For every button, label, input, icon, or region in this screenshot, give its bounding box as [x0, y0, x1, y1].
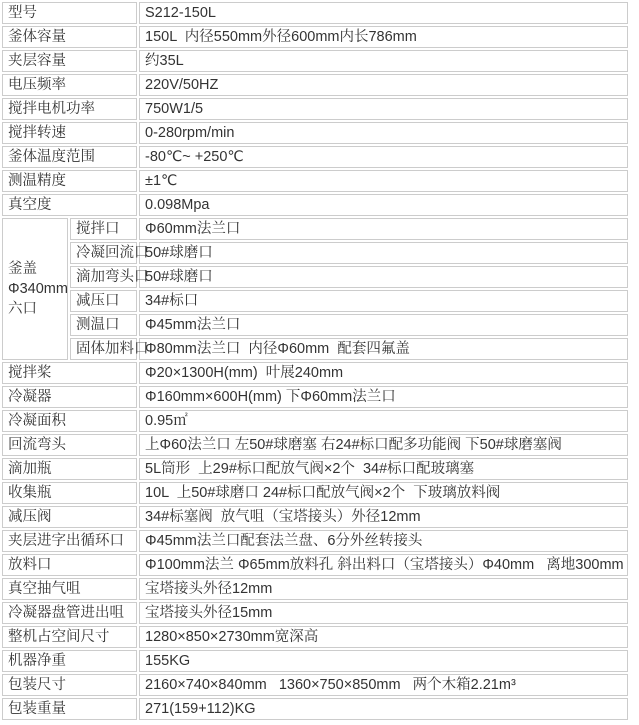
spec-value: 上Φ60法兰口 左50#球磨塞 右24#标口配多功能阀 下50#球磨塞阀: [139, 434, 628, 456]
spec-table-body: 型号S212-150L釜体容量150L 内径550mm外径600mm内长786m…: [2, 2, 628, 720]
spec-value: 34#标口: [139, 290, 628, 312]
spec-row: 冷凝面积0.95㎡: [2, 410, 628, 432]
spec-label: 包装尺寸: [2, 674, 137, 696]
spec-value: Φ100mm法兰 Φ65mm放料孔 斜出料口（宝塔接头）Φ40mm 离地300m…: [139, 554, 628, 576]
spec-row: 测温精度±1℃: [2, 170, 628, 192]
spec-label: 回流弯头: [2, 434, 137, 456]
spec-label: 型号: [2, 2, 137, 24]
spec-row: 真空度0.098Mpa: [2, 194, 628, 216]
spec-row: 冷凝器盘管进出咀宝塔接头外径15mm: [2, 602, 628, 624]
spec-sublabel: 滴加弯头口: [70, 266, 137, 288]
spec-row: 包装重量271(159+112)KG: [2, 698, 628, 720]
spec-row: 减压阀34#标塞阀 放气咀（宝塔接头）外径12mm: [2, 506, 628, 528]
spec-value: 2160×740×840mm 1360×750×850mm 两个木箱2.21m³: [139, 674, 628, 696]
spec-row: 包装尺寸2160×740×840mm 1360×750×850mm 两个木箱2.…: [2, 674, 628, 696]
spec-sublabel: 搅拌口: [70, 218, 137, 240]
spec-label: 搅拌转速: [2, 122, 137, 144]
spec-value: 220V/50HZ: [139, 74, 628, 96]
spec-row: 型号S212-150L: [2, 2, 628, 24]
spec-row: 固体加料口Φ80mm法兰口 内径Φ60mm 配套四氟盖: [2, 338, 628, 360]
spec-row: 放料口Φ100mm法兰 Φ65mm放料孔 斜出料口（宝塔接头）Φ40mm 离地3…: [2, 554, 628, 576]
spec-value: 750W1/5: [139, 98, 628, 120]
spec-value: 50#球磨口: [139, 242, 628, 264]
spec-value: Φ60mm法兰口: [139, 218, 628, 240]
spec-label: 搅拌电机功率: [2, 98, 137, 120]
spec-label: 收集瓶: [2, 482, 137, 504]
spec-group-label-line: Φ340mm: [8, 279, 62, 299]
spec-label: 冷凝面积: [2, 410, 137, 432]
spec-sublabel: 减压口: [70, 290, 137, 312]
spec-row: 机器净重155KG: [2, 650, 628, 672]
page: { "theme": { "border_color": "#cccccc", …: [0, 0, 639, 725]
spec-value: 34#标塞阀 放气咀（宝塔接头）外径12mm: [139, 506, 628, 528]
spec-label: 夹层容量: [2, 50, 137, 72]
spec-group-label-line: 六口: [8, 299, 62, 319]
spec-row: 收集瓶10L 上50#球磨口 24#标口配放气阀×2个 下玻璃放料阀: [2, 482, 628, 504]
spec-row: 电压频率220V/50HZ: [2, 74, 628, 96]
spec-row: 搅拌桨Φ20×1300H(mm) 叶展240mm: [2, 362, 628, 384]
spec-value: 271(159+112)KG: [139, 698, 628, 720]
spec-value: S212-150L: [139, 2, 628, 24]
spec-value: 5L筒形 上29#标口配放气阀×2个 34#标口配玻璃塞: [139, 458, 628, 480]
spec-value: 150L 内径550mm外径600mm内长786mm: [139, 26, 628, 48]
spec-value: 155KG: [139, 650, 628, 672]
spec-row: 冷凝器Φ160mm×600H(mm) 下Φ60mm法兰口: [2, 386, 628, 408]
spec-value: Φ160mm×600H(mm) 下Φ60mm法兰口: [139, 386, 628, 408]
spec-label: 电压频率: [2, 74, 137, 96]
spec-value: Φ20×1300H(mm) 叶展240mm: [139, 362, 628, 384]
spec-value: 约35L: [139, 50, 628, 72]
spec-value: Φ80mm法兰口 内径Φ60mm 配套四氟盖: [139, 338, 628, 360]
spec-value: Φ45mm法兰口: [139, 314, 628, 336]
spec-row: 釜体容量150L 内径550mm外径600mm内长786mm: [2, 26, 628, 48]
spec-row: 回流弯头上Φ60法兰口 左50#球磨塞 右24#标口配多功能阀 下50#球磨塞阀: [2, 434, 628, 456]
spec-table: 型号S212-150L釜体容量150L 内径550mm外径600mm内长786m…: [0, 0, 630, 722]
spec-label: 釜体容量: [2, 26, 137, 48]
spec-label: 真空度: [2, 194, 137, 216]
spec-row: 搅拌转速0-280rpm/min: [2, 122, 628, 144]
spec-row: 夹层进字出循环口Φ45mm法兰口配套法兰盘、6分外丝转接头: [2, 530, 628, 552]
spec-value: 宝塔接头外径12mm: [139, 578, 628, 600]
spec-label: 冷凝器: [2, 386, 137, 408]
spec-row: 滴加弯头口50#球磨口: [2, 266, 628, 288]
spec-value: -80℃~ +250℃: [139, 146, 628, 168]
spec-label: 机器净重: [2, 650, 137, 672]
spec-value: 1280×850×2730mm宽深高: [139, 626, 628, 648]
spec-value: 0.098Mpa: [139, 194, 628, 216]
spec-row: 减压口34#标口: [2, 290, 628, 312]
spec-label: 减压阀: [2, 506, 137, 528]
spec-value: 宝塔接头外径15mm: [139, 602, 628, 624]
spec-value: 50#球磨口: [139, 266, 628, 288]
spec-value: 0-280rpm/min: [139, 122, 628, 144]
spec-row: 釜体温度范围-80℃~ +250℃: [2, 146, 628, 168]
spec-row: 搅拌电机功率750W1/5: [2, 98, 628, 120]
spec-sublabel: 测温口: [70, 314, 137, 336]
spec-row: 夹层容量约35L: [2, 50, 628, 72]
spec-value: 0.95㎡: [139, 410, 628, 432]
spec-label: 夹层进字出循环口: [2, 530, 137, 552]
spec-sublabel: 固体加料口: [70, 338, 137, 360]
spec-value: ±1℃: [139, 170, 628, 192]
spec-label: 搅拌桨: [2, 362, 137, 384]
spec-label: 釜体温度范围: [2, 146, 137, 168]
spec-label: 测温精度: [2, 170, 137, 192]
spec-label: 冷凝器盘管进出咀: [2, 602, 137, 624]
spec-row: 釜盖Φ340mm六口搅拌口Φ60mm法兰口: [2, 218, 628, 240]
spec-sublabel: 冷凝回流口: [70, 242, 137, 264]
spec-row: 真空抽气咀宝塔接头外径12mm: [2, 578, 628, 600]
spec-row: 整机占空间尺寸1280×850×2730mm宽深高: [2, 626, 628, 648]
spec-row: 测温口Φ45mm法兰口: [2, 314, 628, 336]
spec-label: 滴加瓶: [2, 458, 137, 480]
spec-row: 冷凝回流口50#球磨口: [2, 242, 628, 264]
spec-value: Φ45mm法兰口配套法兰盘、6分外丝转接头: [139, 530, 628, 552]
spec-group-label: 釜盖Φ340mm六口: [2, 218, 68, 360]
spec-label: 真空抽气咀: [2, 578, 137, 600]
spec-group-label-line: 釜盖: [8, 259, 62, 279]
spec-label: 放料口: [2, 554, 137, 576]
spec-label: 整机占空间尺寸: [2, 626, 137, 648]
spec-value: 10L 上50#球磨口 24#标口配放气阀×2个 下玻璃放料阀: [139, 482, 628, 504]
spec-label: 包装重量: [2, 698, 137, 720]
spec-row: 滴加瓶5L筒形 上29#标口配放气阀×2个 34#标口配玻璃塞: [2, 458, 628, 480]
